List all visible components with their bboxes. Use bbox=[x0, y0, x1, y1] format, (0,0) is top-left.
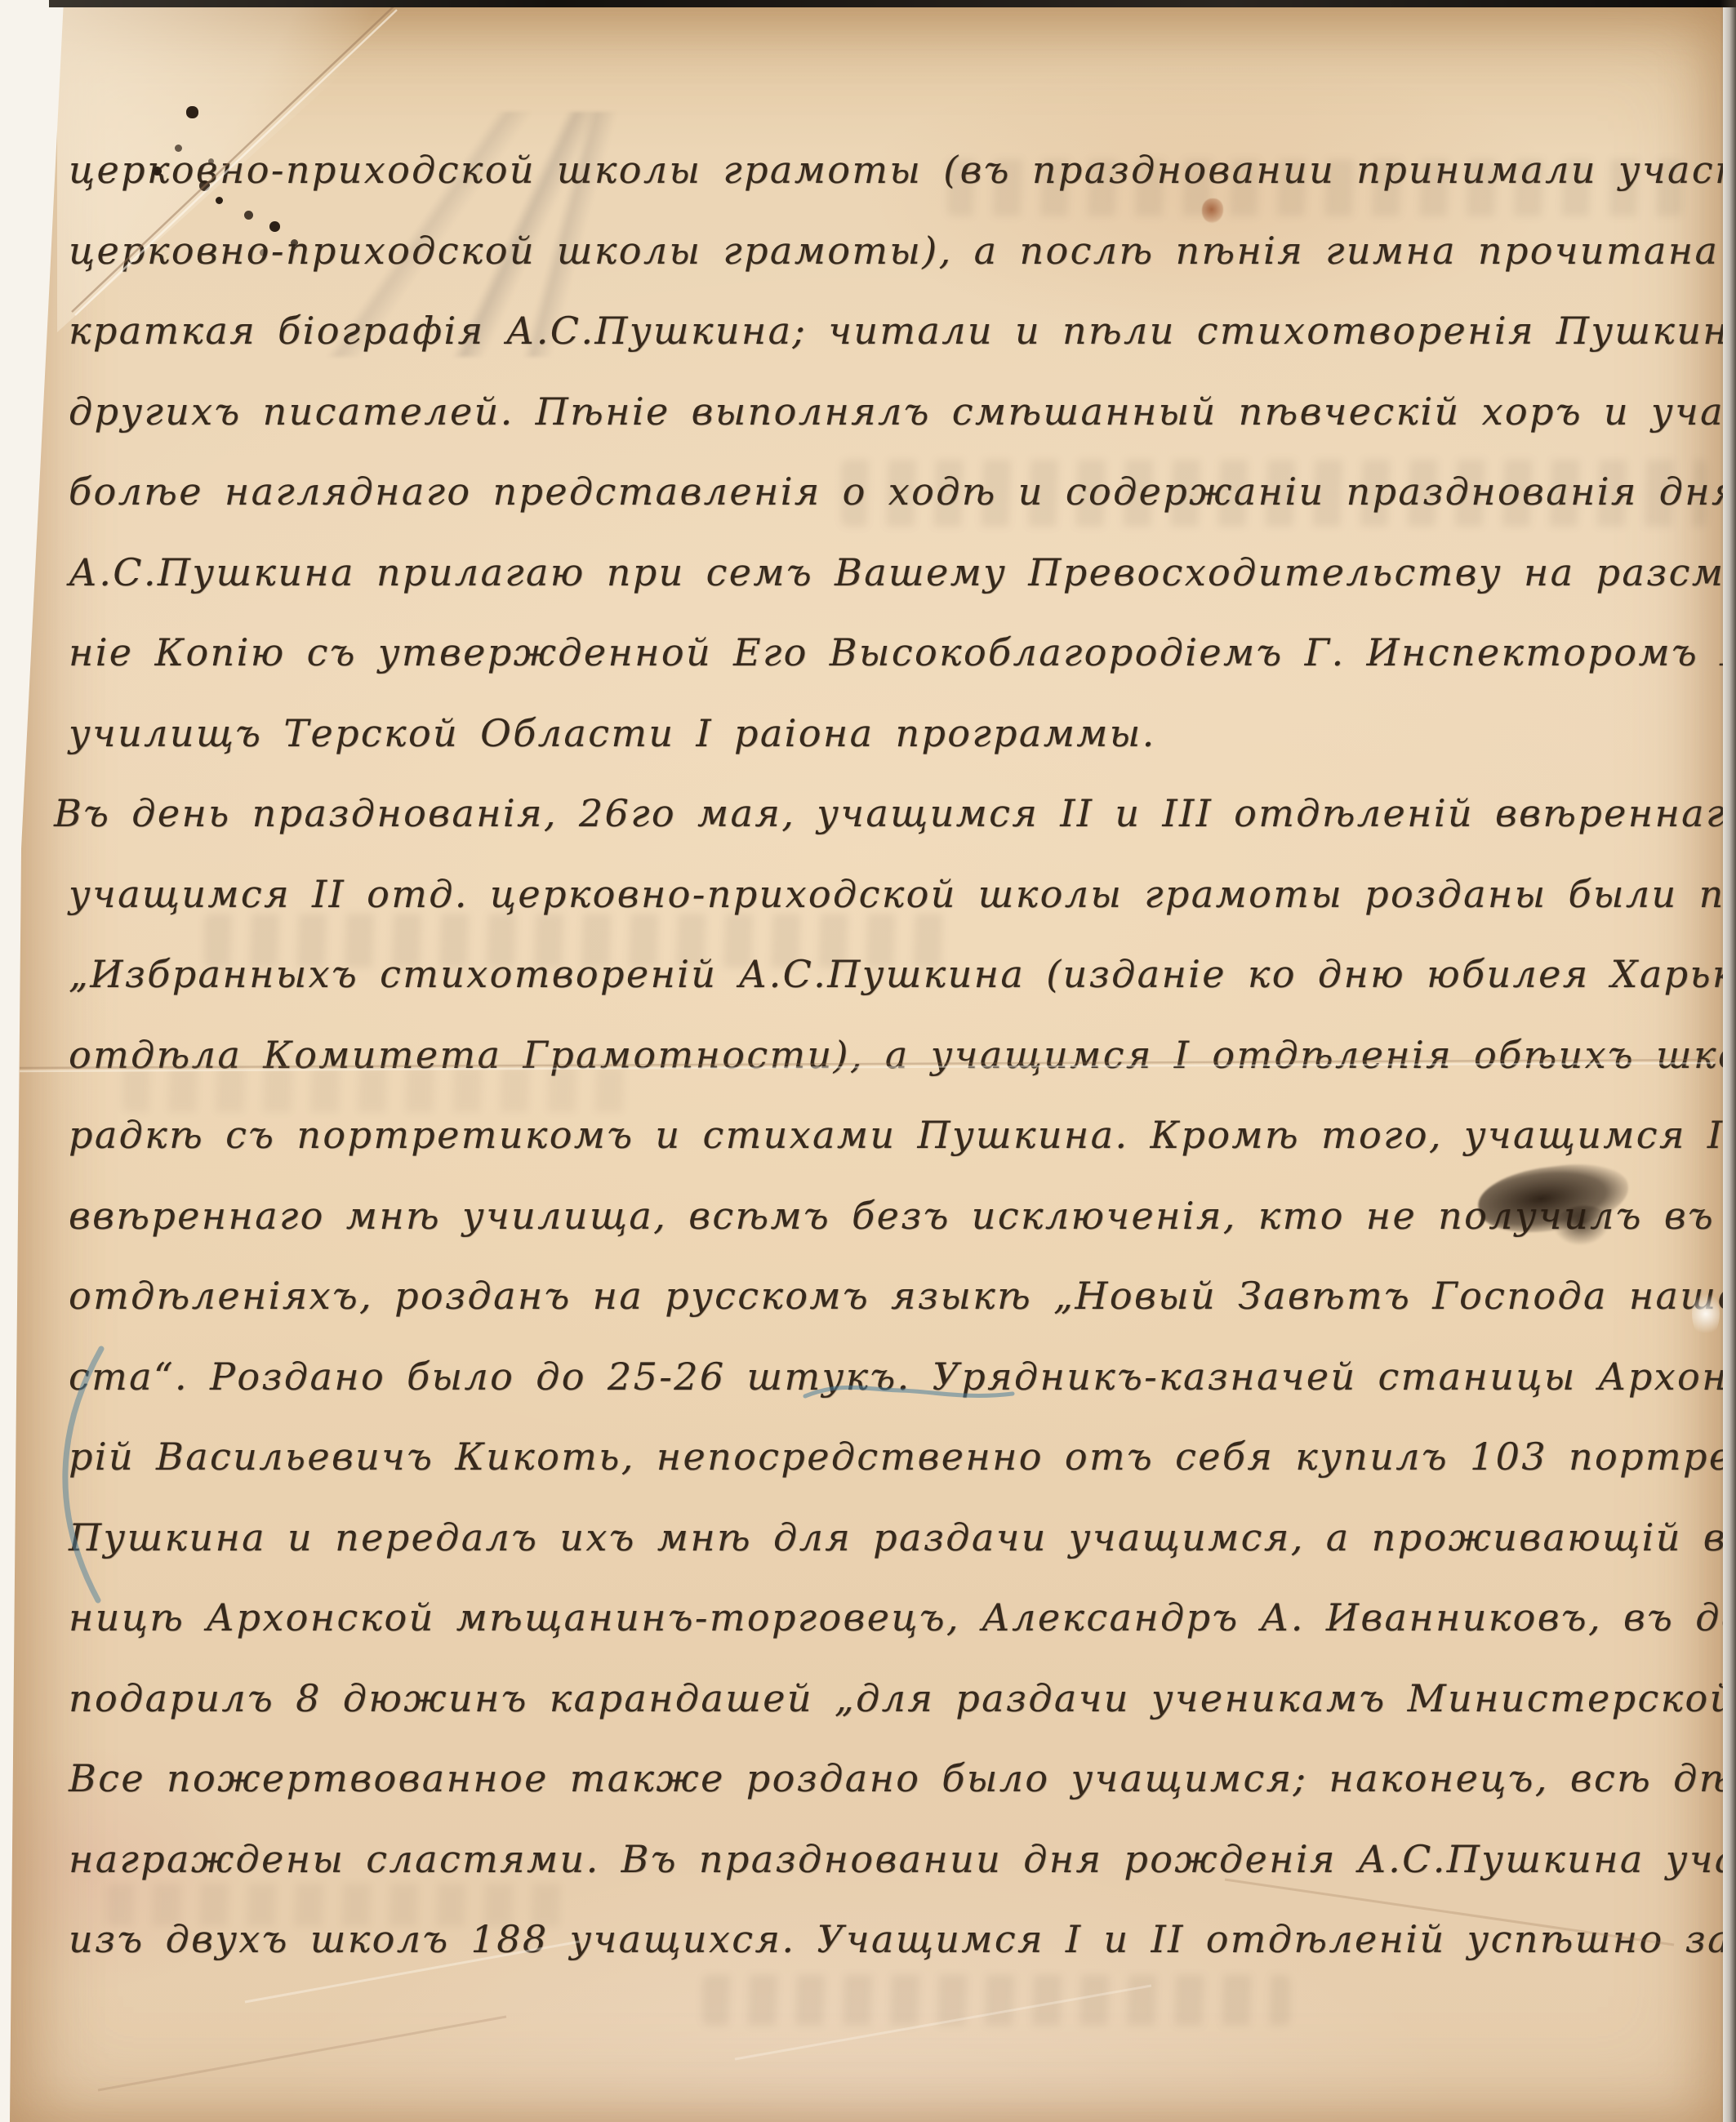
manuscript-line: изъ двухъ школъ 188 учащихся. Учащимся I… bbox=[69, 1899, 1705, 1980]
manuscript-line: ввѣреннаго мнѣ училища, всѣмъ безъ исклю… bbox=[69, 1176, 1705, 1257]
manuscript-line: отдѣленіяхъ, розданъ на русскомъ языкѣ „… bbox=[69, 1256, 1705, 1337]
manuscript-line: радкѣ съ портретикомъ и стихами Пушкина.… bbox=[69, 1095, 1705, 1176]
manuscript-line: учащимся II отд. церковно-приходской шко… bbox=[69, 854, 1705, 935]
manuscript-line: болѣе нагляднаго представленія о ходѣ и … bbox=[69, 452, 1705, 532]
manuscript-line: подарилъ 8 дюжинъ карандашей „для раздач… bbox=[69, 1658, 1705, 1739]
manuscript-line: училищъ Терской Области I раіона програм… bbox=[69, 693, 1705, 774]
manuscript-line: церковно-приходской школы грамоты (въ пр… bbox=[69, 130, 1705, 211]
manuscript-line: А.С.Пушкина прилагаю при семъ Вашему Пре… bbox=[69, 532, 1705, 613]
manuscript-line: Все пожертвованное также роздано было уч… bbox=[69, 1738, 1705, 1819]
manuscript-line: награждены сластями. Въ праздновании дня… bbox=[69, 1819, 1705, 1900]
manuscript-line: рій Васильевичъ Кикоть, непосредственно … bbox=[69, 1417, 1705, 1497]
paper-shine-spot bbox=[1692, 1289, 1720, 1338]
manuscript-line: „Избранныхъ стихотвореній А.С.Пушкина (и… bbox=[69, 934, 1705, 1015]
manuscript-line: отдѣла Комитета Грамотности), а учащимся… bbox=[69, 1015, 1705, 1096]
manuscript-line-paragraph-start: Въ день празднованія, 26го мая, учащимся… bbox=[54, 773, 1705, 854]
scan-edge-right bbox=[1720, 0, 1736, 2122]
scanned-manuscript-page: церковно-приходской школы грамоты (въ пр… bbox=[0, 0, 1736, 2122]
handwritten-text-block: церковно-приходской школы грамоты (въ пр… bbox=[69, 130, 1705, 1980]
bleedthrough-text bbox=[702, 1975, 1290, 2026]
manuscript-line: ста“. Роздано было до 25-26 штукъ. Урядн… bbox=[69, 1337, 1705, 1417]
manuscript-line: краткая біографія А.С.Пушкина; читали и … bbox=[69, 291, 1705, 371]
manuscript-line: Пушкина и передалъ ихъ мнѣ для раздачи у… bbox=[69, 1497, 1705, 1578]
scan-edge-top bbox=[49, 0, 1736, 7]
manuscript-line: церковно-приходской школы грамоты), а по… bbox=[69, 211, 1705, 291]
manuscript-paper: церковно-приходской школы грамоты (въ пр… bbox=[8, 6, 1723, 2122]
manuscript-line: другихъ писателей. Пѣніе выполнялъ смѣша… bbox=[69, 371, 1705, 452]
manuscript-line: ницѣ Архонской мѣщанинъ-торговецъ, Алекс… bbox=[69, 1577, 1705, 1658]
manuscript-line: ніе Копію съ утвержденной Его Высокоблаг… bbox=[69, 612, 1705, 693]
